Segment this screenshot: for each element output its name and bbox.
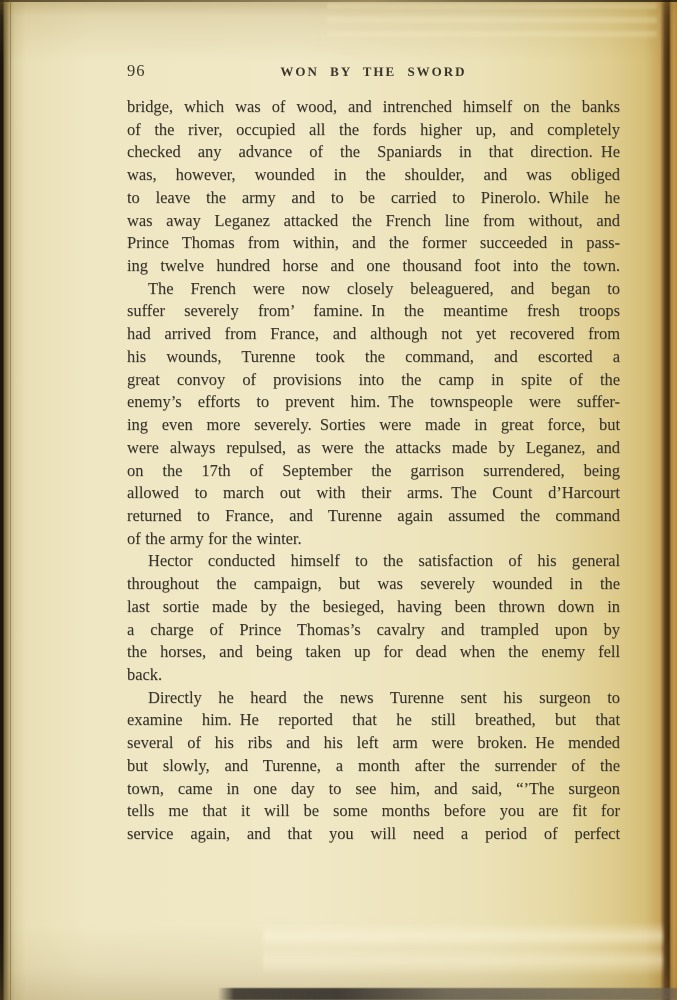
- text-line: but slowly, and Turenne, a month after t…: [127, 755, 620, 778]
- text-line: Prince Thomas from within, and the forme…: [127, 232, 620, 255]
- text-line: was, however, wounded in the shoulder, a…: [127, 164, 620, 187]
- text-line: suffer severely from’ famine. In the mea…: [127, 300, 620, 323]
- book-page-scan: 96 WON BY THE SWORD bridge, which was of…: [0, 0, 677, 1000]
- paragraph: bridge, which was of wood, and intrenche…: [127, 96, 620, 278]
- text-line: several of his ribs and his left arm wer…: [127, 732, 620, 755]
- text-line: a charge of Prince Thomas’s cavalry and …: [127, 619, 620, 642]
- text-line: examine him. He reported that he still b…: [127, 709, 620, 732]
- text-line: town, came in one day to see him, and sa…: [127, 778, 620, 801]
- text-line: throughout the campaign, but was severel…: [127, 573, 620, 596]
- paragraph: Directly he heard the news Turenne sent …: [127, 687, 620, 846]
- paragraph: Hector conducted himself to the satisfac…: [127, 550, 620, 686]
- text-line: The French were now closely beleaguered,…: [127, 278, 620, 301]
- page-header: 96 WON BY THE SWORD: [127, 61, 620, 83]
- scan-bottom-shadow-band: [218, 988, 677, 1000]
- text-line: back.: [127, 664, 620, 687]
- text-block: bridge, which was of wood, and intrenche…: [127, 96, 620, 846]
- text-line: service again, and that you will need a …: [127, 823, 620, 846]
- text-line: were always repulsed, as were the attack…: [127, 437, 620, 460]
- text-line: last sortie made by the besieged, having…: [127, 596, 620, 619]
- text-line: checked any advance of the Spaniards in …: [127, 141, 620, 164]
- text-line: ing even more severely. Sorties were mad…: [127, 414, 620, 437]
- paragraph: The French were now closely beleaguered,…: [127, 278, 620, 551]
- text-line: the horses, and being taken up for dead …: [127, 641, 620, 664]
- running-title: WON BY THE SWORD: [127, 64, 620, 80]
- binding-gutter-line: [10, 0, 11, 1000]
- paper-texture-streaks-top: [327, 3, 657, 45]
- text-line: bridge, which was of wood, and intrenche…: [127, 96, 620, 119]
- text-line: was away Leganez attacked the French lin…: [127, 210, 620, 233]
- text-line: of the army for the winter.: [127, 528, 620, 551]
- text-line: of the river, occupied all the fords hig…: [127, 119, 620, 142]
- text-line: enemy’s efforts to prevent him. The town…: [127, 391, 620, 414]
- text-line: had arrived from France, and although no…: [127, 323, 620, 346]
- paper-texture-streaks-bottom: [263, 922, 663, 984]
- text-line: tells me that it will be some months bef…: [127, 800, 620, 823]
- text-line: Directly he heard the news Turenne sent …: [127, 687, 620, 710]
- text-line: his wounds, Turenne took the command, an…: [127, 346, 620, 369]
- text-line: ing twelve hundred horse and one thousan…: [127, 255, 620, 278]
- text-line: returned to France, and Turenne again as…: [127, 505, 620, 528]
- page-top-edge-shadow: [0, 0, 677, 2]
- text-line: Hector conducted himself to the satisfac…: [127, 550, 620, 573]
- text-line: to leave the army and to be carried to P…: [127, 187, 620, 210]
- text-line: allowed to march out with their arms. Th…: [127, 482, 620, 505]
- text-line: on the 17th of September the garrison su…: [127, 460, 620, 483]
- text-line: great convoy of provisions into the camp…: [127, 369, 620, 392]
